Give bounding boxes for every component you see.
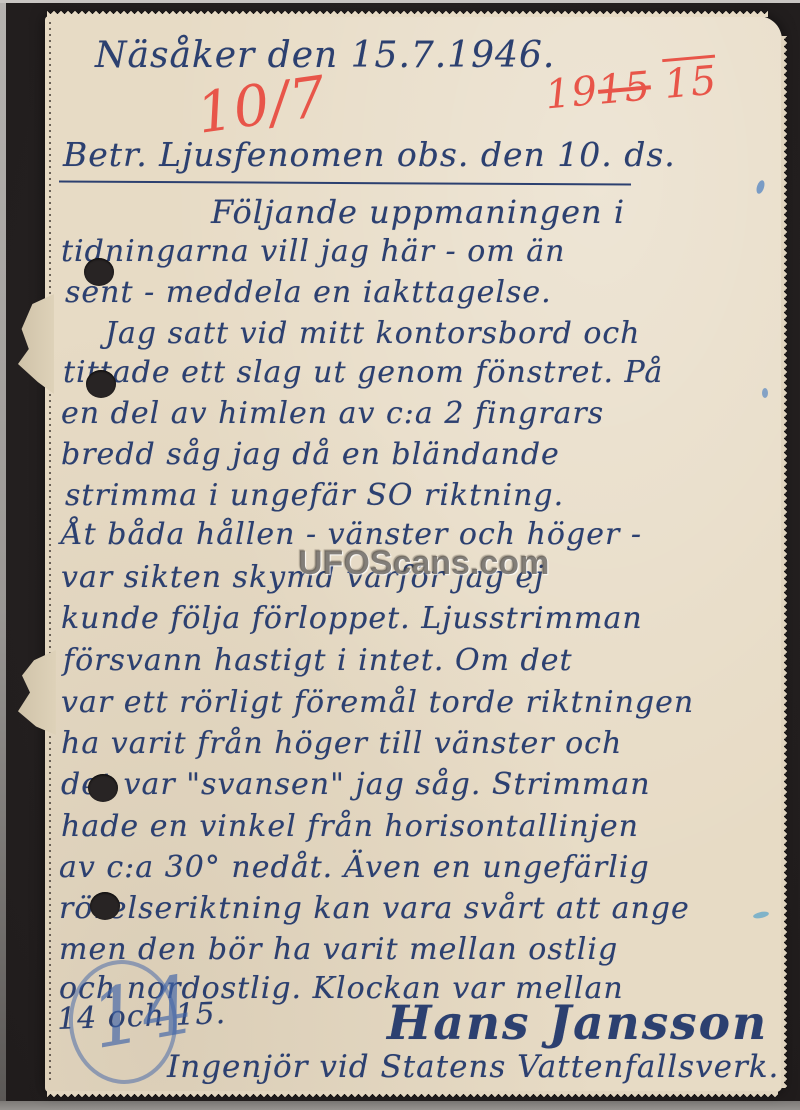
subject-line: Betr. Ljusfenomen obs. den 10. ds.	[63, 138, 676, 171]
handwritten-line: bredd såg jag då en bländande	[61, 440, 560, 470]
handwritten-line: det var "svansen" jag såg. Strimman	[61, 770, 651, 800]
handwritten-line: tittade ett slag ut genom fönstret. På	[63, 358, 663, 388]
red-annotation-time: 1915 15	[544, 61, 719, 116]
paper-serrated-edge-top	[47, 11, 768, 17]
handwritten-line: kunde följa förloppet. Ljusstrimman	[61, 604, 643, 634]
red-time-part1: 19	[543, 68, 600, 118]
scanner-frame-bottom	[0, 1101, 800, 1110]
handwritten-line: strimma i ungefär SO riktning.	[65, 481, 564, 511]
ink-blot	[762, 388, 768, 398]
paper-perforation-line-left	[49, 22, 51, 1084]
handwritten-line: tidningarna vill jag här - om än	[61, 237, 565, 267]
red-time-part2: 15	[662, 58, 719, 108]
punch-hole	[84, 258, 114, 286]
handwritten-line: av c:a 30° nedåt. Även en ungefärlig	[59, 853, 650, 883]
handwritten-line: sent - meddela en iakttagelse.	[65, 278, 552, 308]
ink-blot	[753, 910, 770, 919]
handwritten-line: rörelseriktning kan vara svårt att ange	[59, 894, 690, 924]
red-annotation-date: 10/7	[194, 69, 330, 143]
punch-hole	[90, 892, 120, 920]
dateline: Näsåker den 15.7.1946.	[95, 38, 555, 74]
handwritten-line: en del av himlen av c:a 2 fingrars	[61, 399, 604, 429]
signature: Hans Jansson	[387, 1000, 768, 1047]
handwritten-line: var ett rörligt föremål torde riktningen	[61, 688, 694, 718]
handwritten-line: Följande uppmaningen i	[211, 196, 625, 228]
paper-serrated-edge-right	[781, 36, 787, 1088]
letter-paper: Näsåker den 15.7.1946. 10/7 1915 15 Betr…	[45, 16, 782, 1092]
punch-hole	[88, 774, 118, 802]
paper-serrated-edge-bottom	[47, 1091, 778, 1097]
red-time-struck: 15	[596, 63, 653, 113]
handwritten-line: försvann hastigt i intet. Om det	[63, 646, 573, 676]
punch-hole	[86, 370, 116, 398]
handwritten-line: hade en vinkel från horisontallinjen	[61, 812, 639, 842]
signature-title: Ingenjör vid Statens Vattenfallsverk.	[167, 1052, 779, 1083]
handwritten-line: men den bör ha varit mellan ostlig	[59, 935, 618, 965]
watermark: UFOScans.com	[298, 544, 549, 583]
ink-blot	[755, 179, 766, 194]
subject-underline	[59, 181, 631, 186]
handwritten-line: Jag satt vid mitt kontorsbord och	[105, 319, 641, 349]
handwritten-line: ha varit från höger till vänster och	[61, 729, 622, 759]
pencil-number: 14	[84, 958, 200, 1067]
